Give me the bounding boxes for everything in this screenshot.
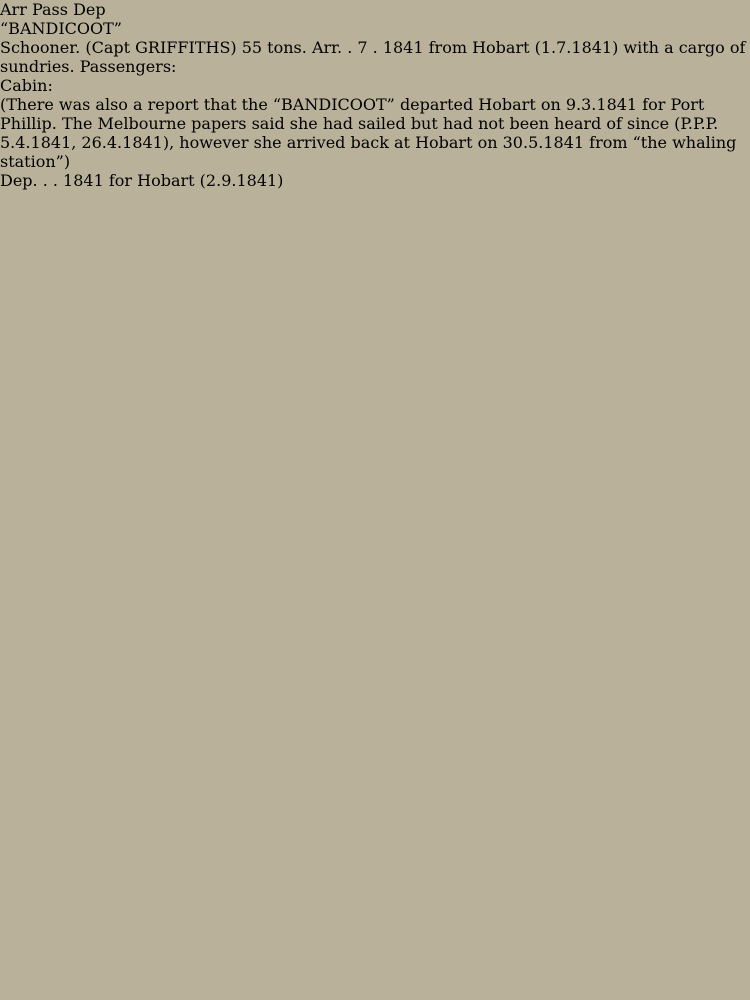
background-wall [0,0,750,1000]
